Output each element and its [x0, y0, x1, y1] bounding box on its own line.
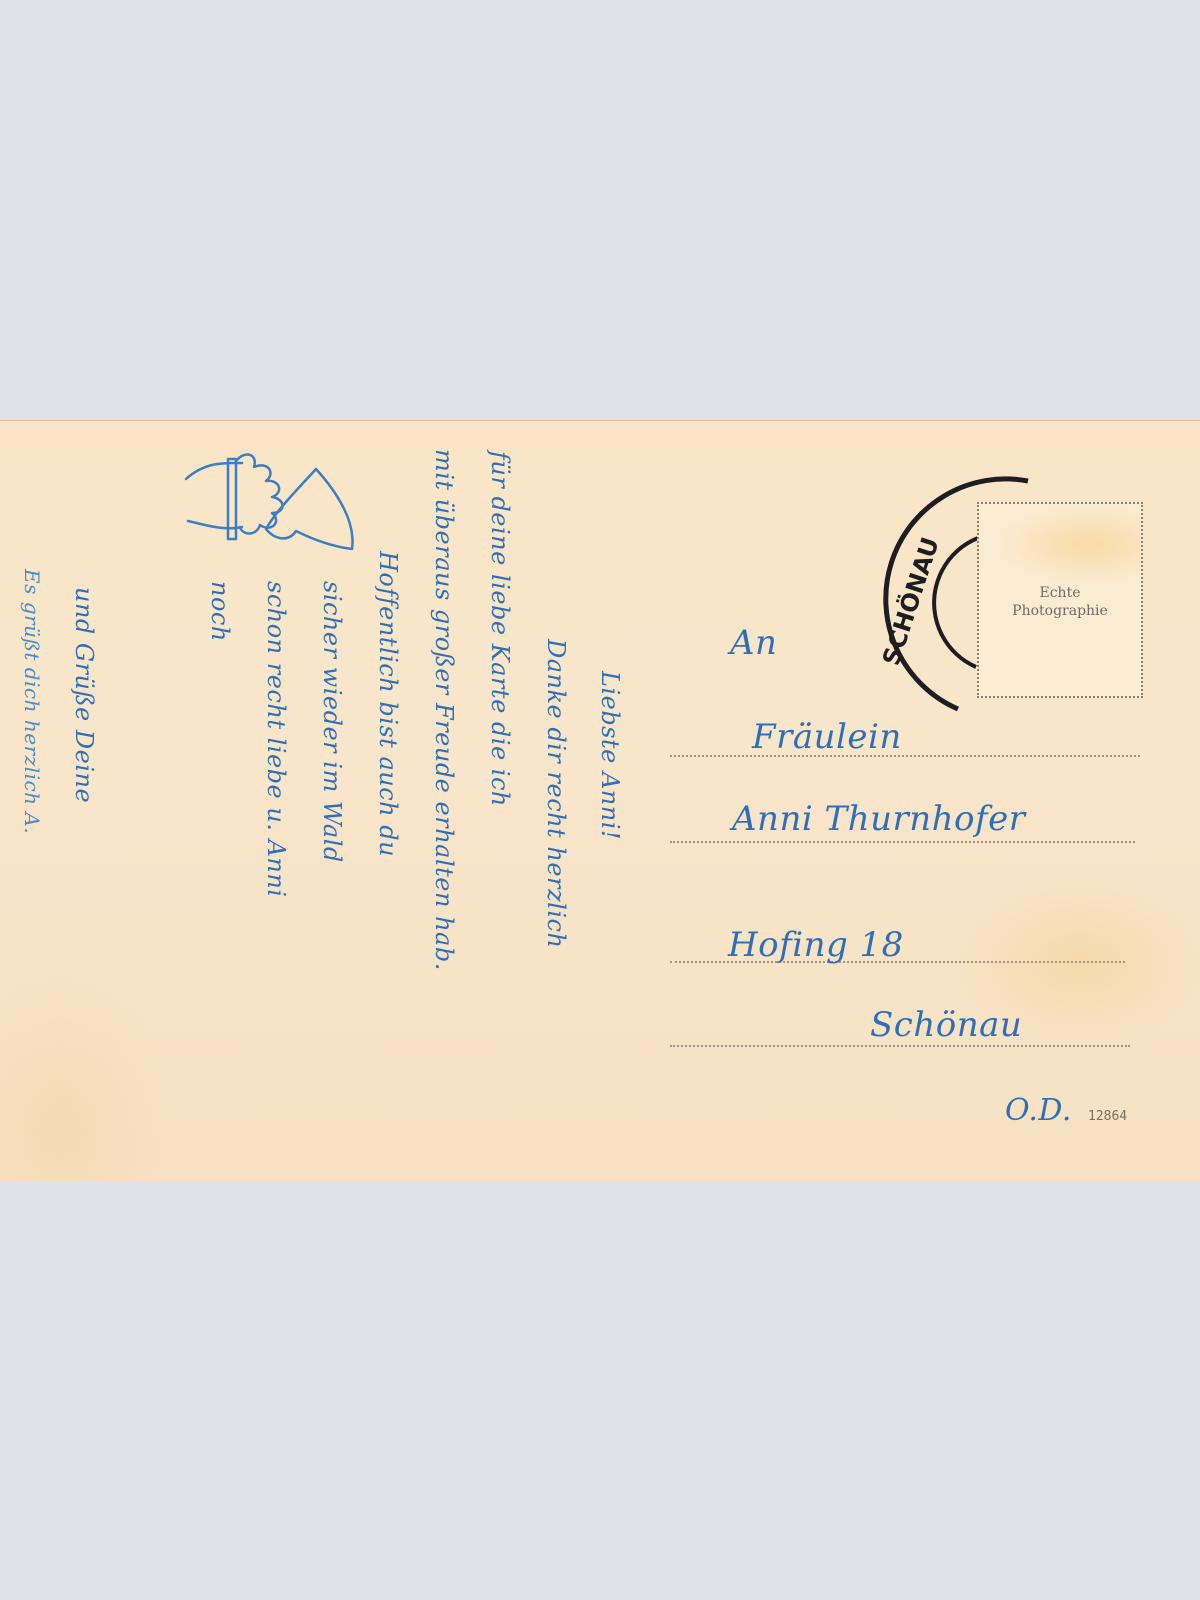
stamp-box: Echte Photographie	[977, 502, 1143, 698]
message-line: mit überaus großer Freude erhalten hab.	[430, 449, 458, 971]
serial-number: 12864	[1088, 1109, 1127, 1124]
address-prefix: An	[730, 623, 777, 663]
message-line: und Grüße Deine	[70, 587, 98, 803]
stamp-box-line2: Photographie	[979, 602, 1141, 620]
postcard-back: Liebste Anni! Danke dir recht herzlich f…	[0, 420, 1200, 1181]
address-line-2	[670, 841, 1135, 843]
stamp-box-line1: Echte	[979, 584, 1141, 602]
message-line: Es grüßt dich herzlich A.	[20, 569, 44, 834]
message-line: Danke dir recht herzlich	[542, 639, 570, 948]
address-region: O.D.	[1005, 1093, 1072, 1128]
address-line-1	[670, 755, 1140, 757]
message-line: Hoffentlich bist auch du	[374, 551, 402, 857]
hand-wing-drawing-icon	[176, 451, 366, 551]
address-street: Hofing 18	[728, 925, 904, 965]
message-line: sicher wieder im Wald	[318, 581, 346, 863]
message-line: schon recht liebe u. Anni	[262, 581, 290, 897]
message-line: Liebste Anni!	[596, 671, 624, 840]
address-town: Schönau	[870, 1005, 1022, 1045]
address-name: Anni Thurnhofer	[732, 799, 1025, 839]
message-line: noch	[206, 581, 234, 642]
message-line: für deine liebe Karte die ich	[486, 451, 514, 807]
address-line-4	[670, 1045, 1130, 1047]
address-title: Fräulein	[752, 717, 902, 757]
